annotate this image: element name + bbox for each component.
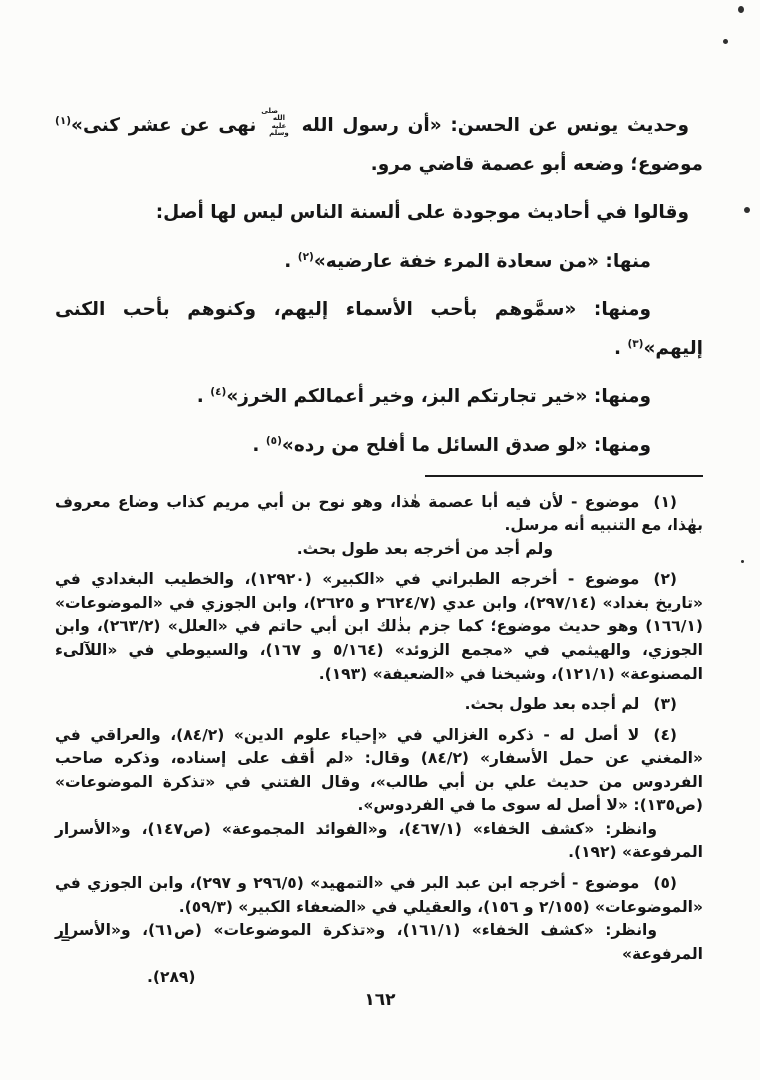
footnote-ref: (٣)	[627, 338, 643, 350]
footnote-ref: (٤)	[210, 386, 226, 398]
footnote-number: (٢)	[653, 570, 677, 588]
footnote-text: موضوع - لأن فيه أبا عصمة هٰذا، وهو نوح ب…	[55, 493, 703, 535]
footnote-paragraph: (٢)موضوع - أخرجه الطبراني في «الكبير» (١…	[55, 568, 703, 686]
text-run: .	[197, 386, 210, 407]
main-paragraph: ومنها: «لو صدق السائل ما أفلح من رده»(٥)…	[55, 426, 703, 465]
footnote: (١)موضوع - لأن فيه أبا عصمة هٰذا، وهو نو…	[55, 491, 703, 562]
scan-speck	[738, 6, 744, 13]
text-run: موضوع؛ وضعه أبو عصمة قاضي مرو.	[371, 154, 703, 175]
book-page: وحديث يونس عن الحسن: «أن رسول الله صلى ا…	[0, 0, 760, 1080]
footnote-text: وانظر: «كشف الخفاء» (١٦١/١)، و«تذكرة الم…	[55, 921, 703, 963]
main-paragraph: وقالوا في أحاديث موجودة على ألسنة الناس …	[55, 193, 703, 232]
footnote-text: وانظر: «كشف الخفاء» (٤٦٧/١)، و«الفوائد ا…	[55, 820, 703, 862]
footnote-paragraph: (١)موضوع - لأن فيه أبا عصمة هٰذا، وهو نو…	[55, 491, 703, 538]
honorific-salla-ligature: صلى الله عليه وسلم	[266, 108, 292, 137]
text-run: نهى عن عشر كنى»	[71, 115, 265, 136]
footnote-text: لم أجده بعد طول بحث.	[465, 695, 640, 713]
footnote-number: (١)	[653, 493, 677, 511]
scan-speck	[744, 207, 750, 213]
footnote-paragraph: وانظر: «كشف الخفاء» (٤٦٧/١)، و«الفوائد ا…	[55, 818, 703, 865]
footnote-paragraph: (٣)لم أجده بعد طول بحث.	[55, 693, 703, 717]
scan-speck	[723, 39, 728, 44]
main-text-block: وحديث يونس عن الحسن: «أن رسول الله صلى ا…	[55, 106, 703, 465]
footnote-paragraph: ولم أجد من أخرجه بعد طول بحث.	[55, 538, 703, 562]
footnote-ref: (١)	[55, 115, 71, 127]
footnote-text: لا أصل له - ذكره الغزالي في «إحياء علوم …	[55, 726, 703, 815]
footnote-text: موضوع - أخرجه الطبراني في «الكبير» (١٢٩٢…	[55, 570, 703, 682]
text-run: .	[252, 435, 265, 456]
footnote-text: موضوع - أخرجه ابن عبد البر في «التمهيد» …	[55, 874, 703, 916]
main-paragraph: منها: «من سعادة المرء خفة عارضيه»(٢) .	[55, 242, 703, 281]
footnote-number: (٤)	[653, 726, 677, 744]
footnote-tail-citation: (٢٨٩).	[147, 966, 703, 989]
text-run: .	[614, 338, 627, 359]
footnotes-section: (١)موضوع - لأن فيه أبا عصمة هٰذا، وهو نو…	[55, 491, 703, 990]
text-run: منها: «من سعادة المرء خفة عارضيه»	[314, 251, 651, 272]
footnote-paragraph: (٤)لا أصل له - ذكره الغزالي في «إحياء عل…	[55, 724, 703, 818]
text-run: وحديث يونس عن الحسن: «أن رسول الله	[293, 115, 689, 136]
footnote-ref: (٢)	[298, 251, 314, 263]
footnote-number: (٥)	[653, 874, 677, 892]
footnote-paragraph: (٥)موضوع - أخرجه ابن عبد البر في «التمهي…	[55, 872, 703, 919]
text-run: ومنها: «خير تجارتكم البز، وخير أعمالكم ا…	[226, 386, 651, 407]
text-run: ومنها: «لو صدق السائل ما أفلح من رده»	[282, 435, 651, 456]
text-run: وقالوا في أحاديث موجودة على ألسنة الناس …	[156, 202, 689, 223]
footnote: (٣)لم أجده بعد طول بحث.	[55, 693, 703, 717]
footnote: (٢)موضوع - أخرجه الطبراني في «الكبير» (١…	[55, 568, 703, 686]
footnote: (٥)موضوع - أخرجه ابن عبد البر في «التمهي…	[55, 872, 703, 989]
footnote-text: ولم أجد من أخرجه بعد طول بحث.	[297, 540, 553, 558]
footnote-separator	[425, 475, 703, 477]
main-paragraph: ومنها: «خير تجارتكم البز، وخير أعمالكم ا…	[55, 377, 703, 416]
page-number: ١٦٢	[0, 990, 760, 1010]
footnote-paragraph: وانظر: «كشف الخفاء» (١٦١/١)، و«تذكرة الم…	[55, 919, 703, 966]
footnote-number: (٣)	[653, 695, 677, 713]
text-run: ومنها: «سمَّوهم بأحب الأسماء إليهم، وكنو…	[55, 299, 703, 359]
main-paragraph: وحديث يونس عن الحسن: «أن رسول الله صلى ا…	[55, 106, 703, 184]
scan-speck	[741, 560, 744, 563]
footnote-continuation-mark: =	[60, 932, 71, 947]
footnote: (٤)لا أصل له - ذكره الغزالي في «إحياء عل…	[55, 724, 703, 865]
main-paragraph: ومنها: «سمَّوهم بأحب الأسماء إليهم، وكنو…	[55, 290, 703, 368]
footnote-ref: (٥)	[266, 435, 282, 447]
text-run: .	[284, 251, 297, 272]
